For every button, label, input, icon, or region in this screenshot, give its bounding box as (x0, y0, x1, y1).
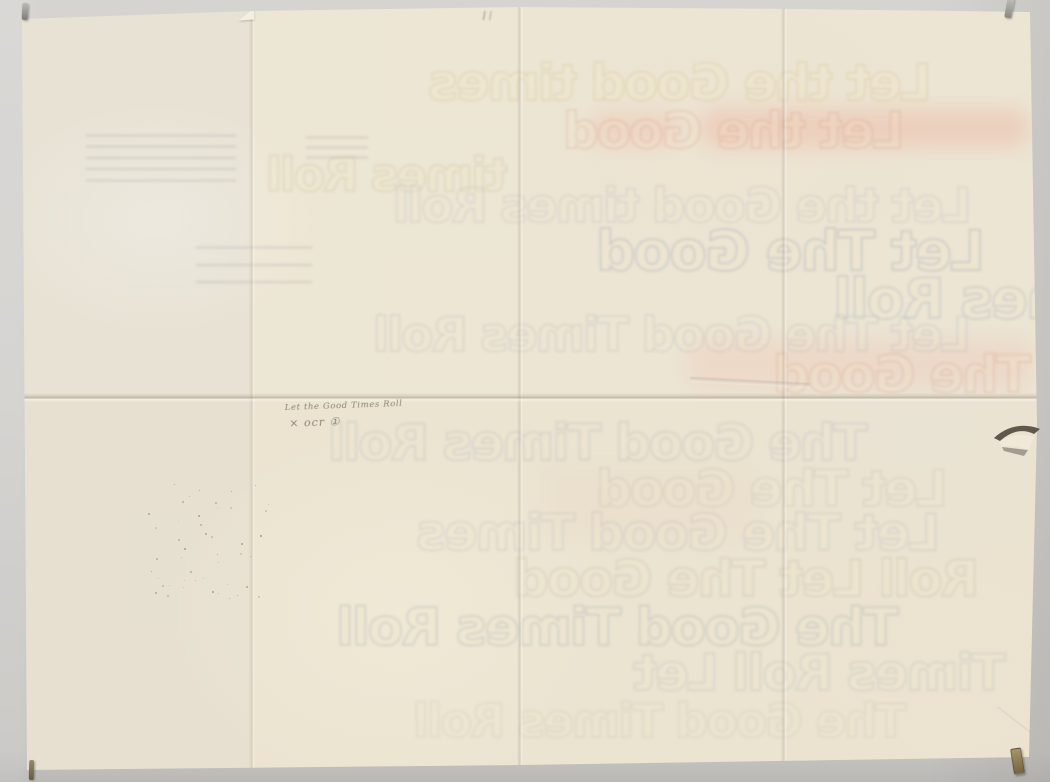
photo-poster-back: Let the Good timesLet the Goodtimes Roll… (0, 0, 1050, 782)
foxing-dot (237, 595, 238, 596)
foxing-dot (200, 524, 202, 526)
illegible-credit-text-layer (0, 0, 1050, 782)
foxing-dot (156, 558, 158, 560)
foxing-dot (169, 585, 170, 586)
foxing-dot (151, 571, 152, 572)
foxing-dot (167, 595, 169, 597)
ghost-text-line: Let The Good Times (418, 508, 940, 558)
push-pin-top-left (22, 3, 29, 20)
foxing-dot (189, 496, 190, 497)
foxing-dot (265, 510, 267, 512)
foxing-dot (148, 513, 150, 515)
foxing-dot (241, 543, 243, 545)
foxing-dot (217, 507, 218, 508)
foxing-dot (230, 507, 232, 509)
illegible-text-block (306, 136, 368, 166)
foxing-dot (178, 521, 179, 522)
foxing-dot (199, 490, 200, 491)
fold-panel-shading (0, 0, 1050, 782)
poster-sheet: Let the Good timesLet the Goodtimes Roll… (0, 0, 1050, 782)
foxing-dot (240, 553, 242, 555)
fold-crease-vertical-3 (781, 0, 787, 782)
ink-bleed-patch (588, 112, 680, 146)
ink-bleed-patch (700, 108, 1030, 148)
ghost-text-line: Let the Good times Roll (395, 183, 971, 230)
foxing-dot (203, 578, 204, 579)
foxing-dot (218, 562, 219, 563)
ghost-text-line: Times Roll (835, 272, 1050, 327)
foxing-dot (211, 536, 213, 538)
ghost-text-line: The Good Times Roll (415, 698, 906, 744)
illegible-text-block (86, 134, 236, 190)
push-pin-bottom-left (29, 760, 34, 780)
foxing-dot (215, 502, 217, 504)
ghost-text-line: Roll Let The Good (515, 554, 979, 604)
ghost-text-layer: Let the Good timesLet the Goodtimes Roll… (0, 0, 1050, 782)
ghost-text-line: Let the Good times (430, 58, 932, 108)
foxing-dot (260, 535, 262, 537)
ghost-text-line: Times Roll Let (635, 648, 1006, 698)
fold-crease-horizontal (0, 393, 1050, 402)
foxing-dot (212, 591, 214, 593)
foxing-dot (198, 515, 200, 517)
foxing-dot (227, 584, 228, 585)
foxing-dot (184, 580, 185, 581)
ghost-text-line: Let The Good (598, 464, 948, 514)
fold-crease-vertical-2 (517, 0, 523, 782)
pencil-smudge (476, 11, 500, 20)
foxing-dot (190, 571, 192, 573)
ghost-text-line: times Roll (268, 152, 507, 198)
foxing-dot (229, 598, 230, 599)
foxing-dot (158, 578, 159, 579)
foxing-dot (182, 501, 184, 503)
foxing-dot (155, 592, 157, 594)
ghost-text-line: The Good Times Roll (338, 602, 899, 654)
fold-wrinkle (690, 377, 810, 388)
foxing-dot (174, 484, 175, 485)
foxing-dot (205, 533, 207, 535)
ghost-text-line: Let the Good (565, 106, 904, 156)
foxing-dot (255, 485, 256, 486)
pencil-annotation: Let the Good Times Roll × ocr ① (285, 399, 404, 430)
foxing-dot (231, 491, 232, 492)
bleed-tint-layer (0, 0, 1050, 782)
foxing-dot (178, 539, 180, 541)
foxing-dot (162, 585, 164, 587)
foxing-dot (184, 548, 186, 550)
foxing-speckles (0, 0, 1050, 782)
foxing-dot (258, 596, 260, 598)
foxing-dot (268, 504, 269, 505)
ghost-text-line: Let The Good (598, 224, 985, 279)
foxing-dot (246, 586, 248, 588)
foxing-dot (155, 527, 157, 529)
fold-crease-vertical-1 (249, 0, 255, 782)
tear-right-edge (986, 412, 1046, 462)
foxing-dot (195, 580, 196, 581)
pencil-annotation-code: × ocr ① (289, 413, 403, 430)
foxing-dot (181, 557, 182, 558)
foxing-dot (217, 554, 218, 555)
ghost-text-line: Let The Good Times Roll (375, 312, 971, 359)
ink-bleed-patch (545, 468, 755, 538)
foxing-dot (218, 593, 219, 594)
foxing-dot (183, 587, 184, 588)
